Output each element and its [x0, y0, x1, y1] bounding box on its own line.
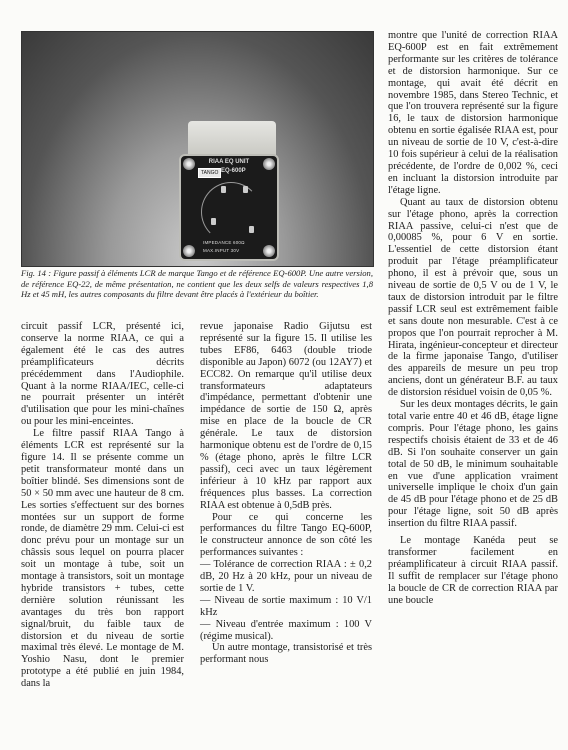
paragraph: Pour ce qui concerne les performances du…	[200, 512, 372, 560]
list-item: — Tolérance de correction RIAA : ± 0,2 d…	[200, 559, 372, 595]
paragraph: montre que l'unité de correction RIAA EQ…	[388, 30, 558, 197]
paragraph: Un autre montage, transistorisé et très …	[200, 642, 372, 666]
screw-icon	[183, 158, 195, 170]
spec-max-input: MAX.INPUT 30V	[203, 248, 239, 253]
paragraph: circuit passif LCR, présenté ici, conser…	[21, 321, 184, 428]
terminal-icon	[243, 186, 248, 193]
figure-caption: Fig. 14 : Figure passif à éléments LCR d…	[21, 268, 373, 300]
terminal-icon	[221, 186, 226, 193]
screw-icon	[263, 245, 275, 257]
terminal-icon	[249, 226, 254, 233]
screw-icon	[183, 245, 195, 257]
list-item: — Niveau de sortie maximum : 10 V/1 kHz	[200, 595, 372, 619]
paragraph: Le filtre passif RIAA Tango à éléments L…	[21, 428, 184, 690]
text-column-1: circuit passif LCR, présenté ici, conser…	[21, 321, 184, 690]
model-label: EQ-600P	[221, 168, 246, 174]
device-housing-top	[188, 121, 276, 157]
paragraph: Sur les deux montages décrits, le gain t…	[388, 399, 558, 530]
paragraph: revue japonaise Radio Gijutsu est représ…	[200, 321, 372, 512]
list-item: — Niveau d'entrée maximum : 100 V (régim…	[200, 619, 372, 643]
text-column-3: montre que l'unité de correction RIAA EQ…	[388, 30, 558, 607]
wiring-arc	[201, 182, 261, 242]
paragraph: Le montage Kanéda peut se transformer fa…	[388, 535, 558, 606]
device-front-panel: RIAA EQ UNIT TANGO EQ-600P IMPEDANCE 600…	[179, 154, 279, 261]
text-column-2: revue japonaise Radio Gijutsu est représ…	[200, 321, 372, 666]
terminal-icon	[211, 218, 216, 225]
spec-impedance: IMPEDANCE 600Ω	[203, 240, 245, 245]
brand-label: TANGO	[198, 168, 221, 178]
figure-14-photo: RIAA EQ UNIT TANGO EQ-600P IMPEDANCE 600…	[21, 31, 374, 267]
paragraph: Quant au taux de distorsion obtenu sur l…	[388, 197, 558, 399]
screw-icon	[263, 158, 275, 170]
